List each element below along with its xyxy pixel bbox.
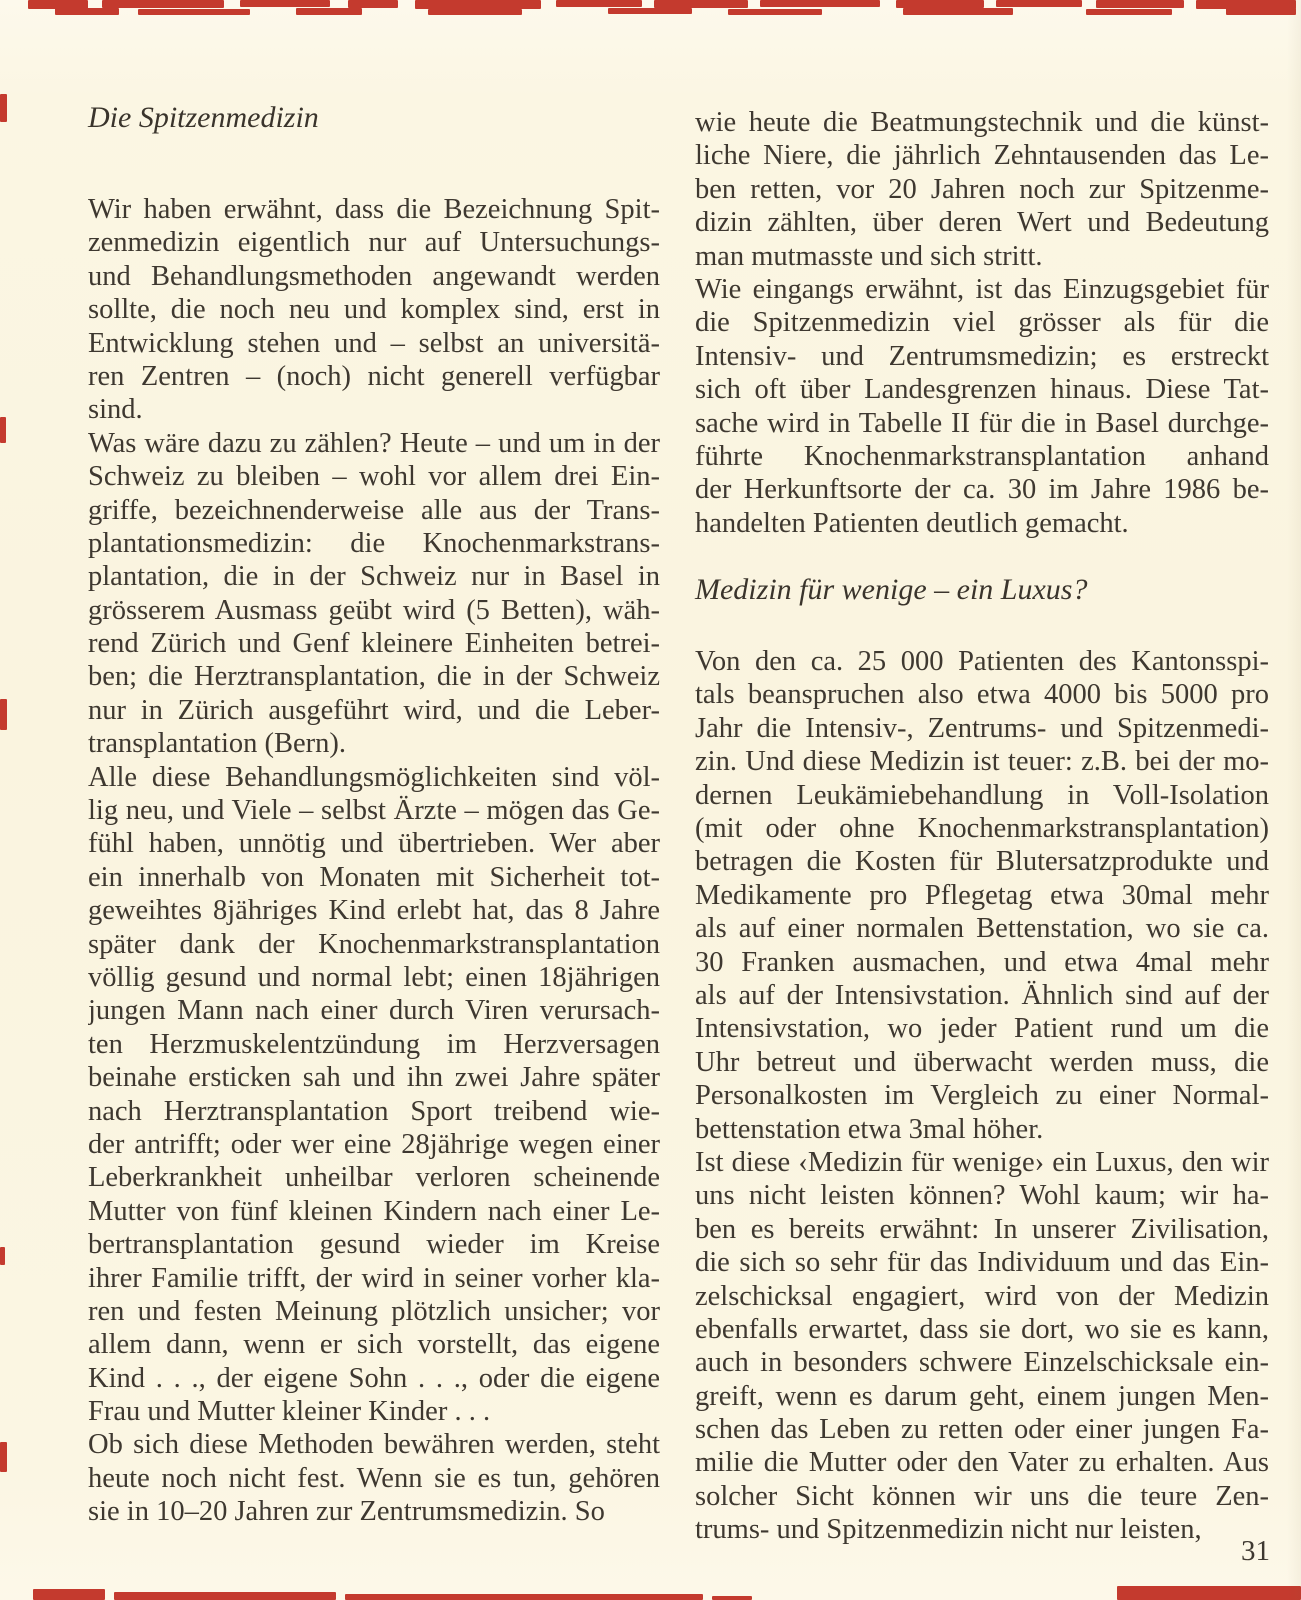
red-scan-mark bbox=[55, 8, 119, 15]
paragraph: Was wäre dazu zu zählen? Heute – und um … bbox=[88, 427, 660, 761]
text-line: ebenfalls erwartet, dass sie dort, wo si… bbox=[695, 1313, 1269, 1346]
text-line: 30 Franken ausmachen, und etwa 4mal mehr bbox=[695, 946, 1269, 979]
red-scan-mark bbox=[33, 1589, 105, 1600]
text-line: betragen die Kosten für Blutersatzproduk… bbox=[695, 845, 1269, 878]
red-scan-mark bbox=[102, 0, 224, 8]
text-line: Alle diese Behandlungsmöglichkeiten sind… bbox=[88, 761, 660, 794]
text-line: Medikamente pro Pflegetag etwa 30mal meh… bbox=[695, 879, 1269, 912]
text-line: handelten Patienten deutlich gemacht. bbox=[695, 507, 1269, 540]
red-scan-mark bbox=[1086, 9, 1172, 15]
red-scan-mark bbox=[608, 8, 692, 14]
text-line: ren Zentren – (noch) nicht generell verf… bbox=[88, 360, 660, 393]
text-line: ihrer Familie trifft, der wird in seiner… bbox=[88, 1262, 660, 1295]
red-scan-mark bbox=[0, 1442, 7, 1472]
text-line: dizin zählten, über deren Wert und Bedeu… bbox=[695, 206, 1269, 239]
text-line: ben; die Herztransplantation, die in der… bbox=[88, 660, 660, 693]
page-number: 31 bbox=[1160, 1535, 1270, 1568]
text-line: tals beanspruchen also etwa 4000 bis 500… bbox=[695, 678, 1269, 711]
text-line: lig neu, und Viele – selbst Ärzte – möge… bbox=[88, 794, 660, 827]
text-line: plantation, die in der Schweiz nur in Ba… bbox=[88, 560, 660, 593]
text-line: zin. Und diese Medizin ist teuer: z.B. b… bbox=[695, 745, 1269, 778]
red-scan-mark bbox=[1117, 1586, 1301, 1600]
text-line: sich oft über Landesgrenzen hinaus. Dies… bbox=[695, 373, 1269, 406]
red-scan-mark bbox=[0, 417, 6, 443]
text-line: sollte, die noch neu und komplex sind, e… bbox=[88, 293, 660, 326]
scanned-book-page: Die Spitzenmedizin Wir haben erwähnt, da… bbox=[0, 0, 1301, 1600]
text-line: plantationsmedizin: die Knochenmarkstran… bbox=[88, 527, 660, 560]
red-scan-mark bbox=[240, 0, 330, 7]
section-heading-die-spitzenmedizin: Die Spitzenmedizin bbox=[88, 100, 660, 136]
text-line: rend Zürich und Genf kleinere Einheiten … bbox=[88, 627, 660, 660]
red-scan-mark bbox=[556, 0, 642, 7]
red-scan-mark bbox=[348, 0, 398, 8]
text-line: nur in Zürich ausgeführt wird, und die L… bbox=[88, 694, 660, 727]
text-line: später dank der Knochenmarkstransplantat… bbox=[88, 928, 660, 961]
text-line: Entwicklung stehen und – selbst an unive… bbox=[88, 327, 660, 360]
red-scan-mark bbox=[1226, 8, 1296, 15]
paragraph: wie heute die Beatmungstechnik und die k… bbox=[695, 106, 1269, 273]
section-heading-medizin-fuer-wenige: Medizin für wenige – ein Luxus? bbox=[695, 572, 1269, 608]
red-scan-mark bbox=[0, 94, 7, 122]
paragraph: Wir haben erwähnt, dass die Bezeichnung … bbox=[88, 193, 660, 427]
left-column: Die Spitzenmedizin Wir haben erwähnt, da… bbox=[88, 100, 660, 1529]
text-line: als auf der Intensivstation. Ähnlich sin… bbox=[695, 979, 1269, 1012]
red-scan-mark bbox=[712, 1596, 752, 1600]
text-line: fühl haben, unnötig und übertrieben. Wer… bbox=[88, 827, 660, 860]
text-line: die sich so sehr für das Individuum und … bbox=[695, 1246, 1269, 1279]
text-line: allem dann, wenn er sich vorstellt, das … bbox=[88, 1328, 660, 1361]
red-scan-mark bbox=[760, 0, 880, 7]
red-scan-mark bbox=[345, 1594, 703, 1600]
text-line: dernen Leukämiebehandlung in Voll-Isolat… bbox=[695, 779, 1269, 812]
red-scan-mark bbox=[428, 9, 522, 15]
text-line: Was wäre dazu zu zählen? Heute – und um … bbox=[88, 427, 660, 460]
text-line: ben es bereits erwähnt: In unserer Zivil… bbox=[695, 1213, 1269, 1246]
text-line: Ob sich diese Methoden bewähren werden, … bbox=[88, 1428, 660, 1461]
text-line: schen das Leben zu retten oder einer jun… bbox=[695, 1413, 1269, 1446]
text-line: solcher Sicht können wir uns die teure Z… bbox=[695, 1480, 1269, 1513]
text-line: liche Niere, die jährlich Zehntausenden … bbox=[695, 139, 1269, 172]
text-line: (mit oder ohne Knochenmarkstransplantati… bbox=[695, 812, 1269, 845]
text-line: ren und festen Meinung plötzlich unsiche… bbox=[88, 1295, 660, 1328]
text-line: grösserem Ausmass geübt wird (5 Betten),… bbox=[88, 594, 660, 627]
text-line: Intensiv- und Zentrumsmedizin; es erstre… bbox=[695, 340, 1269, 373]
text-line: Jahr die Intensiv-, Zentrums- und Spitze… bbox=[695, 712, 1269, 745]
red-scan-mark bbox=[0, 1247, 5, 1265]
text-line: der Herkunftsorte der ca. 30 im Jahre 19… bbox=[695, 473, 1269, 506]
text-line: ten Herzmuskelentzündung im Herzversagen bbox=[88, 1028, 660, 1061]
text-line: nach Herztransplantation Sport treibend … bbox=[88, 1095, 660, 1128]
red-scan-mark bbox=[138, 9, 250, 15]
red-scan-mark bbox=[28, 0, 88, 9]
text-line: Leberkrankheit unheilbar verloren schein… bbox=[88, 1161, 660, 1194]
paragraph: Alle diese Behandlungsmöglichkeiten sind… bbox=[88, 761, 660, 1429]
text-line: führte Knochenmarkstransplantation anhan… bbox=[695, 440, 1269, 473]
red-scan-mark bbox=[654, 0, 748, 8]
text-line: die Spitzenmedizin viel grösser als für … bbox=[695, 306, 1269, 339]
paragraph: Ob sich diese Methoden bewähren werden, … bbox=[88, 1428, 660, 1528]
red-scan-mark bbox=[1196, 0, 1296, 9]
text-line: auch in besonders schwere Einzelschicksa… bbox=[695, 1346, 1269, 1379]
text-line: griffe, bezeichnenderweise alle aus der … bbox=[88, 494, 660, 527]
text-line: man mutmasste und sich stritt. bbox=[695, 240, 1269, 273]
text-line: wie heute die Beatmungstechnik und die k… bbox=[695, 106, 1269, 139]
text-line: Frau und Mutter kleiner Kinder . . . bbox=[88, 1395, 660, 1428]
text-line: sind. bbox=[88, 393, 660, 426]
red-scan-mark bbox=[0, 699, 7, 730]
text-line: bettenstation etwa 3mal höher. bbox=[695, 1113, 1269, 1146]
text-line: beinahe ersticken sah und ihn zwei Jahre… bbox=[88, 1061, 660, 1094]
text-line: bertransplantation gesund wieder im Krei… bbox=[88, 1228, 660, 1261]
paragraph: Von den ca. 25 000 Patienten des Kantons… bbox=[695, 645, 1269, 1146]
text-line: sie in 10–20 Jahren zur Zentrumsmedizin.… bbox=[88, 1495, 660, 1528]
text-line: der antrifft; oder wer eine 28jährige we… bbox=[88, 1128, 660, 1161]
text-line: geweihtes 8jähriges Kind erlebt hat, das… bbox=[88, 894, 660, 927]
text-line: uns nicht leisten können? Wohl kaum; wir… bbox=[695, 1179, 1269, 1212]
text-line: greift, wenn es darum geht, einem jungen… bbox=[695, 1380, 1269, 1413]
text-line: zenmedizin eigentlich nur auf Untersuchu… bbox=[88, 226, 660, 259]
text-line: jungen Mann nach einer durch Viren verur… bbox=[88, 994, 660, 1027]
text-line: Schweiz zu bleiben – wohl vor allem drei… bbox=[88, 460, 660, 493]
red-scan-mark bbox=[296, 8, 362, 15]
text-line: als auf einer normalen Bettenstation, wo… bbox=[695, 912, 1269, 945]
text-line: Ist diese ‹Medizin für wenige› ein Luxus… bbox=[695, 1146, 1269, 1179]
paragraph: Wie eingangs erwähnt, ist das Einzugsgeb… bbox=[695, 273, 1269, 540]
paragraph: Ist diese ‹Medizin für wenige› ein Luxus… bbox=[695, 1146, 1269, 1547]
text-line: Uhr betreut und überwacht werden muss, d… bbox=[695, 1046, 1269, 1079]
text-line: ben retten, vor 20 Jahren noch zur Spitz… bbox=[695, 173, 1269, 206]
text-line: transplantation (Bern). bbox=[88, 727, 660, 760]
text-line: zelschicksal engagiert, wird von der Med… bbox=[695, 1280, 1269, 1313]
red-scan-mark bbox=[896, 0, 984, 8]
text-line: völlig gesund und normal lebt; einen 18j… bbox=[88, 961, 660, 994]
red-scan-mark bbox=[903, 8, 1013, 15]
text-line: heute noch nicht fest. Wenn sie es tun, … bbox=[88, 1462, 660, 1495]
text-line: Von den ca. 25 000 Patienten des Kantons… bbox=[695, 645, 1269, 678]
red-scan-mark bbox=[1096, 0, 1184, 8]
text-line: milie die Mutter oder den Vater zu erhal… bbox=[695, 1446, 1269, 1479]
text-line: Intensivstation, wo jeder Patient rund u… bbox=[695, 1012, 1269, 1045]
red-scan-mark bbox=[996, 0, 1082, 7]
text-line: und Behandlungsmethoden angewandt werden bbox=[88, 260, 660, 293]
red-scan-mark bbox=[415, 0, 541, 9]
text-line: Wie eingangs erwähnt, ist das Einzugsgeb… bbox=[695, 273, 1269, 306]
right-column: wie heute die Beatmungstechnik und die k… bbox=[695, 106, 1269, 1547]
red-scan-mark bbox=[114, 1592, 336, 1600]
text-line: sache wird in Tabelle II für die in Base… bbox=[695, 407, 1269, 440]
text-line: Kind . . ., der eigene Sohn . . ., oder … bbox=[88, 1362, 660, 1395]
text-line: Mutter von fünf kleinen Kindern nach ein… bbox=[88, 1195, 660, 1228]
red-scan-mark bbox=[728, 9, 822, 15]
text-line: ein innerhalb von Monaten mit Sicherheit… bbox=[88, 861, 660, 894]
text-line: Personalkosten im Vergleich zu einer Nor… bbox=[695, 1079, 1269, 1112]
text-line: Wir haben erwähnt, dass die Bezeichnung … bbox=[88, 193, 660, 226]
